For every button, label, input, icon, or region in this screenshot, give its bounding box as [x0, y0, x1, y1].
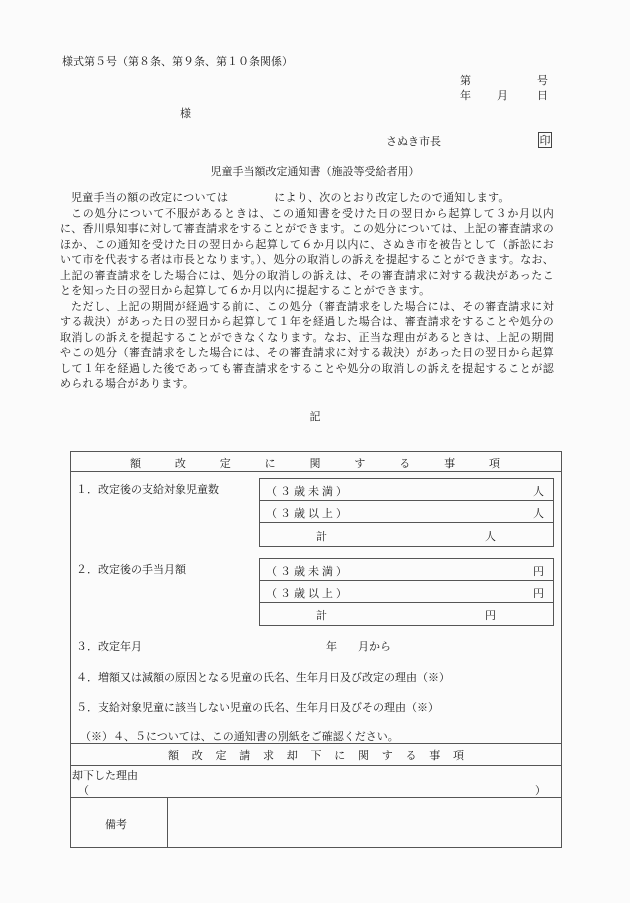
rejection-reason-label: 却下した理由 — [72, 767, 138, 783]
paren-close: ） — [535, 782, 546, 798]
header-char: る — [399, 455, 410, 471]
header-char: 請 — [239, 747, 250, 763]
header-char: 事 — [429, 747, 440, 763]
section-header-rejection: 額 改 定 請 求 却 下 に 関 す る 事 項 — [168, 747, 464, 763]
paragraph-1: 児童手当の額の改定についてはにより、次のとおり改定したので通知します。 — [60, 190, 554, 206]
header-char: に — [334, 747, 345, 763]
header-char: 項 — [489, 455, 500, 471]
revision-year-unit: 年 — [326, 638, 337, 654]
para1-pre: 児童手当の額の改定については — [71, 191, 228, 204]
document-title: 児童手当額改定通知書（施設等受給者用） — [0, 163, 630, 179]
revision-month-from: 月から — [358, 638, 391, 654]
date-month: 月 — [497, 87, 508, 103]
header-char: 関 — [310, 455, 321, 471]
header-char: す — [382, 747, 393, 763]
item4-label: ４．増額又は減額の原因となる児童の氏名、生年月日及び改定の理由（※） — [76, 669, 450, 685]
remarks-label: 備考 — [105, 816, 127, 832]
item3-label: ３．改定年月 — [76, 638, 142, 654]
amount-total-unit: 円 — [485, 607, 496, 623]
header-char: す — [354, 455, 365, 471]
header-char: に — [265, 455, 276, 471]
child-count-total-label: 計 — [316, 528, 327, 544]
remarks-divider — [167, 797, 168, 848]
header-char: 額 — [168, 747, 179, 763]
amount-under3-unit: 円 — [533, 563, 544, 579]
amount-total-label: 計 — [316, 607, 327, 623]
divider — [259, 500, 554, 501]
header-char: 却 — [287, 747, 298, 763]
date-year: 年 — [460, 87, 471, 103]
header-char: 改 — [175, 455, 186, 471]
section-header-revision: 額 改 定 に 関 す る 事 項 — [130, 455, 500, 471]
divider — [70, 743, 562, 744]
header-char: 下 — [311, 747, 322, 763]
child-count-under3-label: （３歳未満） — [266, 483, 350, 499]
note-text: （※）４、５については、この通知書の別紙をご確認ください。 — [80, 728, 399, 744]
item5-label: ５．支給対象児童に該当しない児童の氏名、生年月日及びその理由（※） — [76, 699, 439, 715]
body-text: 児童手当の額の改定についてはにより、次のとおり改定したので通知します。 この処分… — [60, 190, 554, 392]
paren-open: （ — [78, 782, 89, 798]
doc-number-suffix: 号 — [537, 72, 548, 88]
divider — [259, 522, 554, 523]
header-char: る — [406, 747, 417, 763]
seal-stamp: 印 — [538, 132, 552, 148]
amount-over3-unit: 円 — [533, 585, 544, 601]
divider — [70, 797, 562, 798]
paragraph-3: ただし、上記の期間が経過する前に、この処分（審査請求をした場合には、その審査請求… — [60, 299, 554, 392]
header-char: 定 — [216, 747, 227, 763]
divider — [259, 580, 554, 581]
header-char: 項 — [453, 747, 464, 763]
header-char: 額 — [130, 455, 141, 471]
header-char: 事 — [444, 455, 455, 471]
header-char: 関 — [358, 747, 369, 763]
ki-heading: 記 — [0, 408, 630, 424]
divider — [259, 602, 554, 603]
issuer: さぬき市長 — [386, 133, 441, 149]
date-day: 日 — [537, 87, 548, 103]
header-char: 求 — [263, 747, 274, 763]
divider — [70, 471, 562, 472]
header-char: 改 — [192, 747, 203, 763]
child-count-total-unit: 人 — [485, 528, 496, 544]
item2-label: ２．改定後の手当月額 — [76, 561, 186, 577]
amount-under3-label: （３歳未満） — [266, 563, 350, 579]
paragraph-2: この処分について不服があるときは、この通知書を受けた日の翌日から起算して３か月以… — [60, 206, 554, 299]
para1-post: により、次のとおり改定したので通知します。 — [274, 191, 509, 204]
divider — [70, 765, 562, 766]
child-count-over3-label: （３歳以上） — [266, 505, 350, 521]
child-count-over3-unit: 人 — [533, 505, 544, 521]
child-count-under3-unit: 人 — [533, 483, 544, 499]
item1-label: １．改定後の支給対象児童数 — [76, 481, 219, 497]
header-char: 定 — [220, 455, 231, 471]
addressee-suffix: 様 — [180, 105, 191, 121]
form-number: 様式第５号（第８条、第９条、第１０条関係） — [62, 53, 293, 69]
doc-number-prefix: 第 — [460, 72, 471, 88]
amount-over3-label: （３歳以上） — [266, 585, 350, 601]
